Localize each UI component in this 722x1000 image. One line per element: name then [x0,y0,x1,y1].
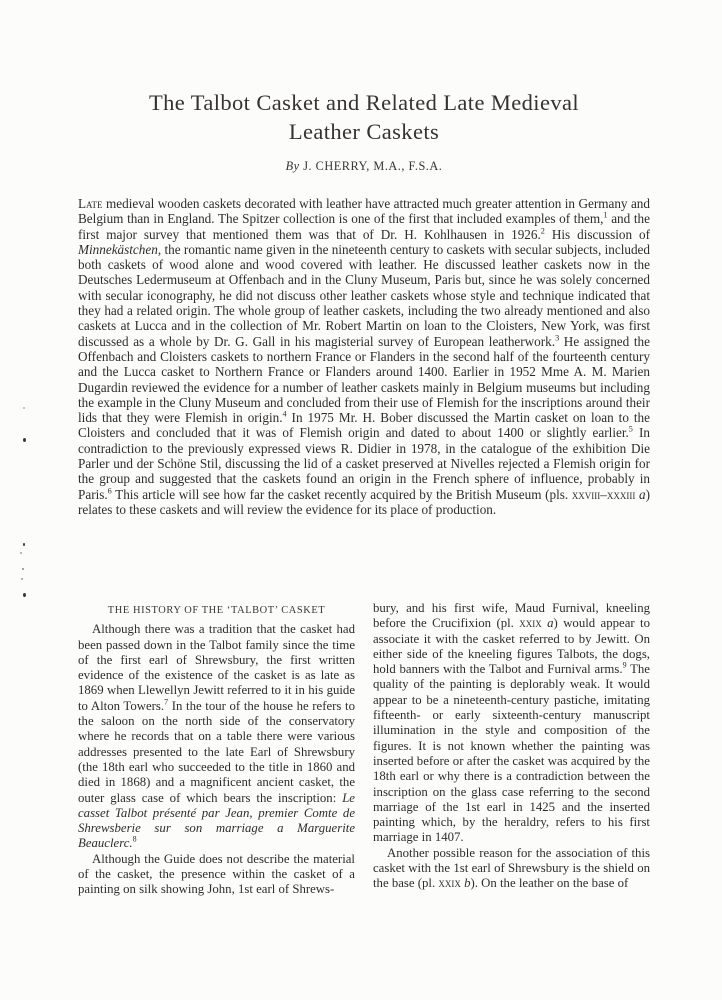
ink-speck [23,407,25,409]
column-left: THE HISTORY OF THE ‘TALBOT’ CASKET Altho… [78,601,355,898]
ink-speck [22,568,24,570]
article-title-line1: The Talbot Casket and Related Late Medie… [149,90,579,115]
column-right: bury, and his first wife, Maud Furnival,… [373,601,650,898]
scanned-article-page: The Talbot Casket and Related Late Medie… [0,0,722,1000]
left-paragraph-2: Although the Guide does not describe the… [78,852,355,898]
two-column-section: THE HISTORY OF THE ‘TALBOT’ CASKET Altho… [78,601,650,898]
section-heading: THE HISTORY OF THE ‘TALBOT’ CASKET [78,603,355,618]
article-title: The Talbot Casket and Related Late Medie… [78,88,650,146]
article-title-line2: Leather Caskets [289,119,439,144]
right-paragraph-1: bury, and his first wife, Maud Furnival,… [373,601,650,846]
article-content: The Talbot Casket and Related Late Medie… [78,88,650,530]
intro-paragraph: Late medieval wooden caskets decorated w… [78,196,650,517]
byline: By J. CHERRY, M.A., F.S.A. [78,159,650,174]
ink-speck [20,552,22,554]
ink-speck [23,543,25,546]
right-paragraph-2: Another possible reason for the associat… [373,846,650,892]
ink-speck [23,593,26,597]
left-paragraph-1: Although there was a tradition that the … [78,622,355,851]
ink-speck [23,438,26,442]
ink-speck [21,578,23,580]
